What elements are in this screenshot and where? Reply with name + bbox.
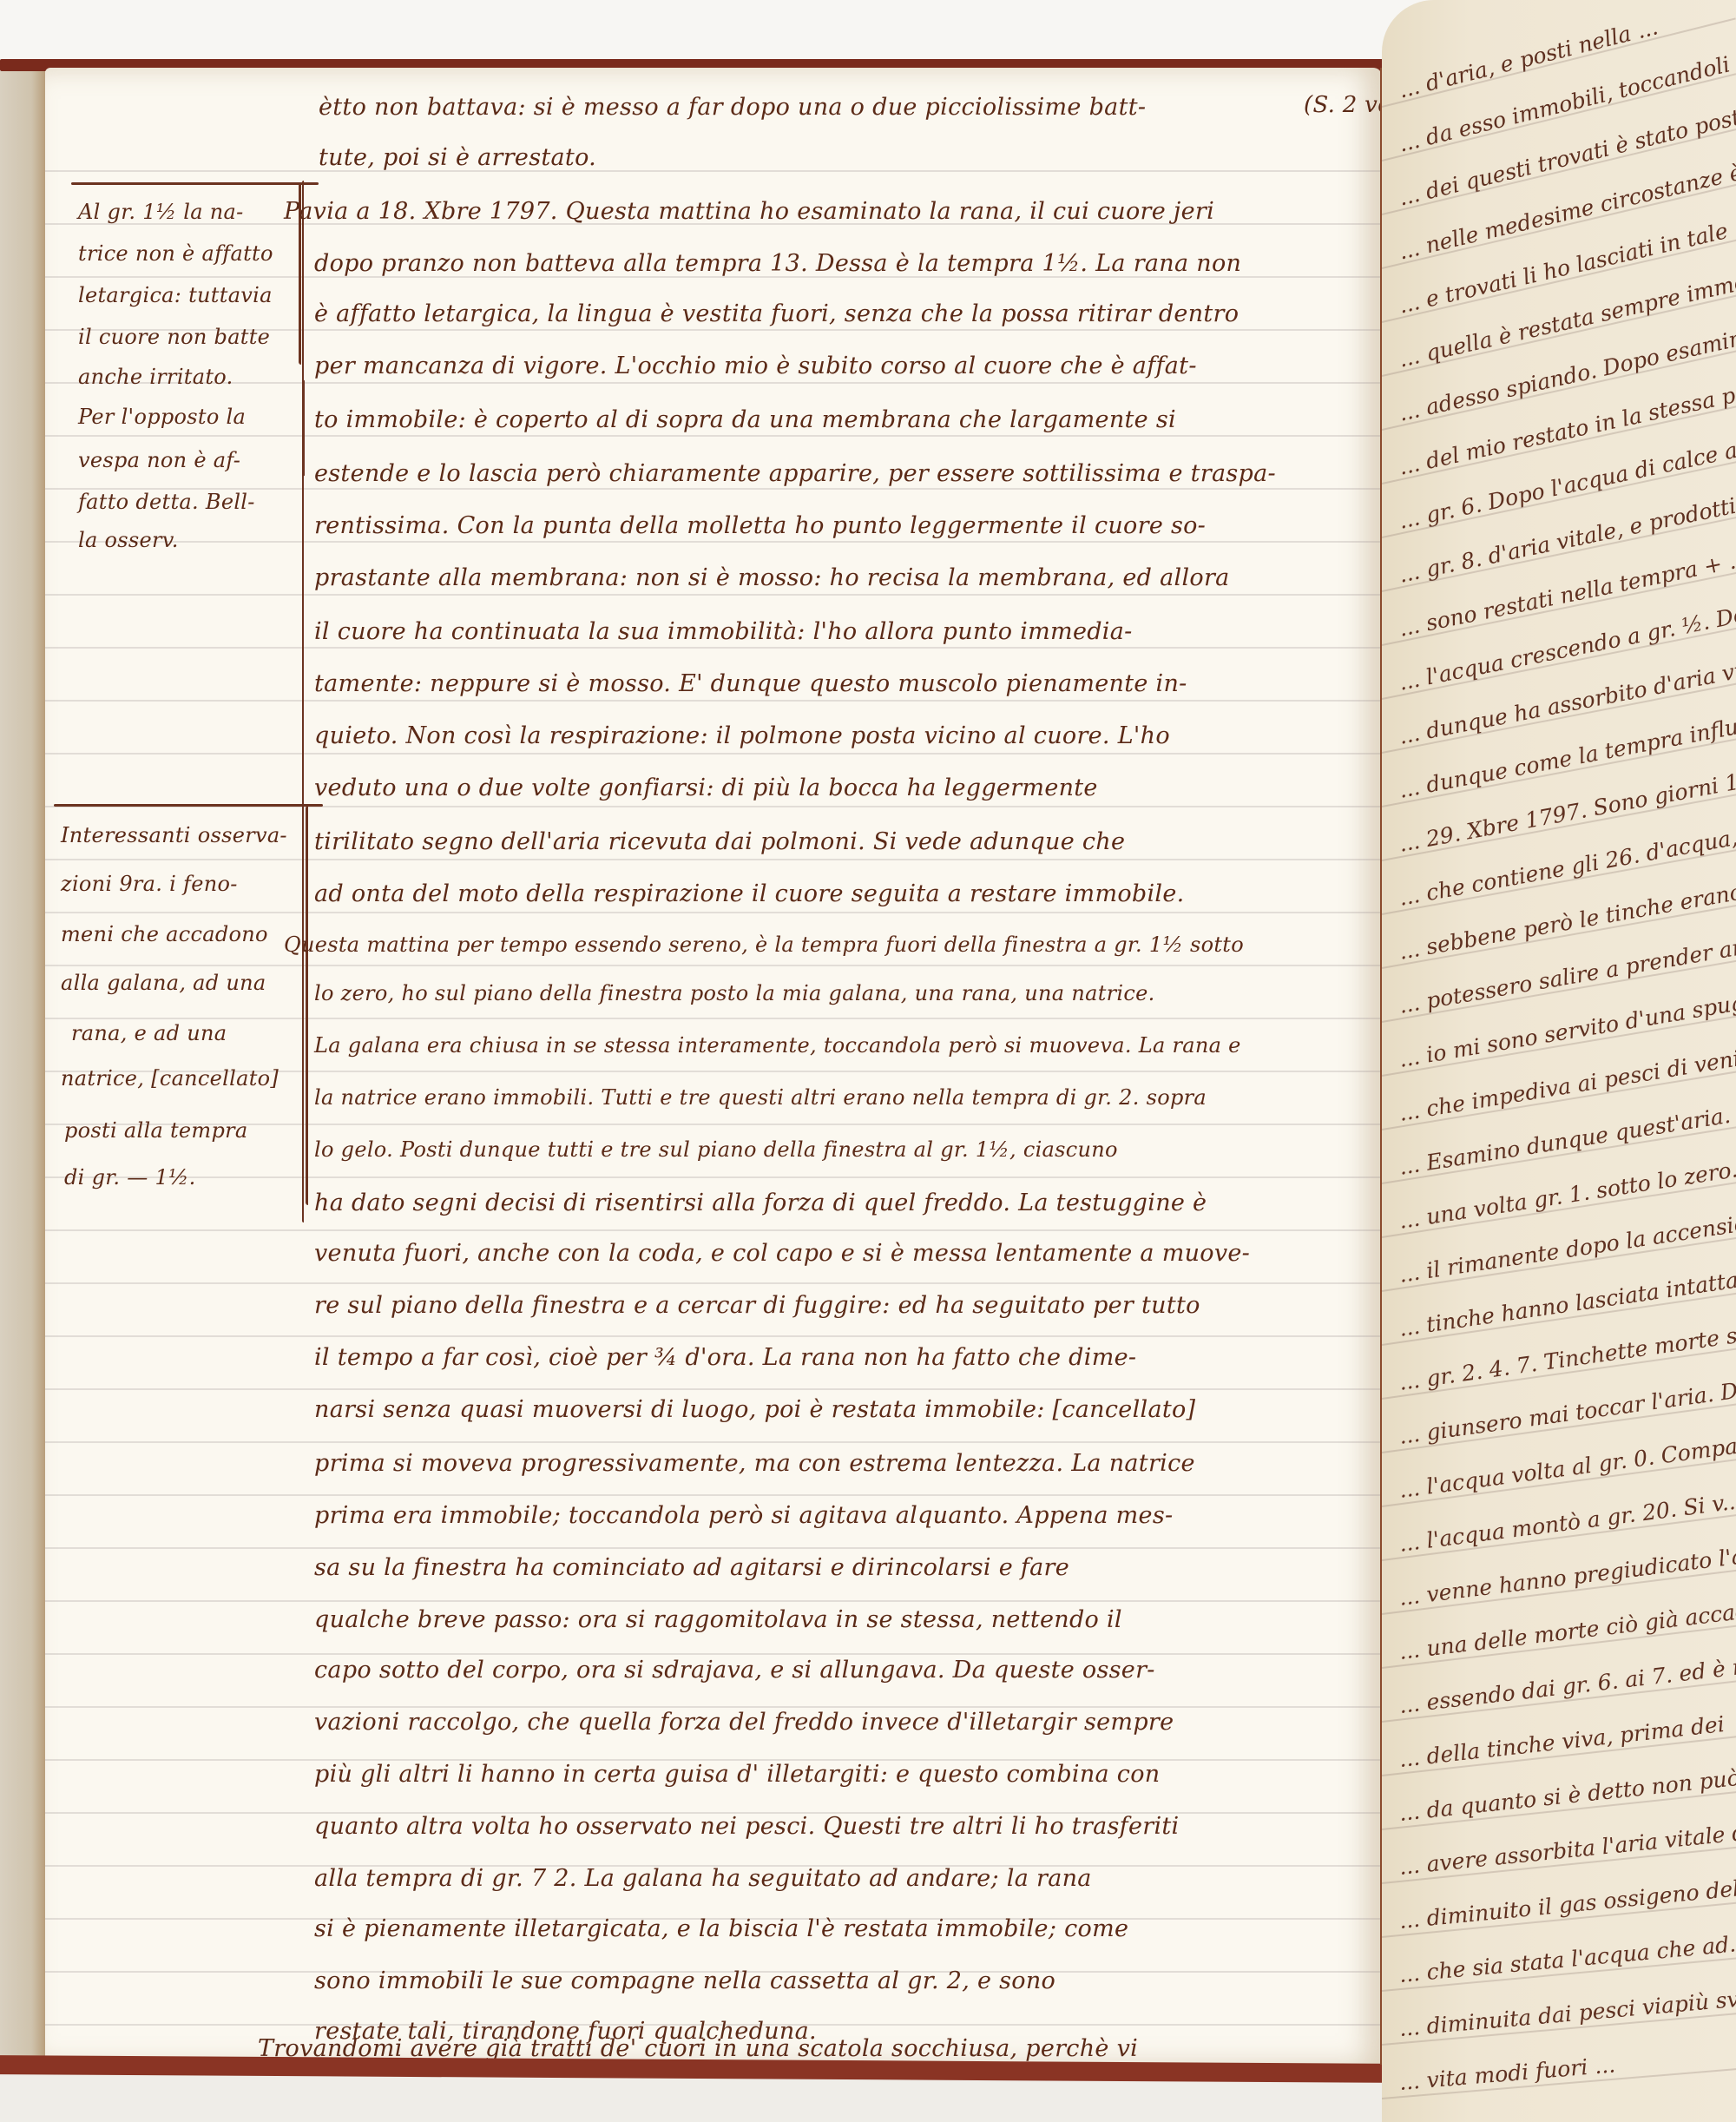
margin-note-divider-2 <box>54 804 323 807</box>
ruling-line <box>45 1335 1382 1337</box>
margin-note-line: Al gr. 1½ la na- <box>78 200 244 224</box>
manuscript-line: veduto una o due volte gonfiarsi: di più… <box>314 774 1098 801</box>
manuscript-line: Questa mattina per tempo essendo sereno,… <box>284 932 1244 957</box>
manuscript-line: prima era immobile; toccandola però si a… <box>314 1502 1173 1529</box>
manuscript-line: qualche breve passo: ora si raggomitolav… <box>314 1606 1122 1633</box>
ruling-line <box>45 1229 1382 1231</box>
ruling-line <box>45 1441 1382 1443</box>
manuscript-line: capo sotto del corpo, ora si sdrajava, e… <box>314 1657 1155 1684</box>
manuscript-line: più gli altri li hanno in certa guisa d'… <box>314 1761 1160 1788</box>
facing-page-line: ... diminuita dai pesci viapiù sviluppat… <box>1398 1976 1736 2041</box>
margin-note-line: zioni 9ra. i feno- <box>61 872 238 896</box>
margin-note-line: anche irritato. <box>78 365 233 389</box>
manuscript-line: sa su la finestra ha cominciato ad agita… <box>314 1554 1069 1581</box>
ruling-line <box>45 965 1382 966</box>
ruling-line <box>45 170 1382 172</box>
ruling-line <box>45 859 1382 860</box>
manuscript-line: per mancanza di vigore. L'occhio mio è s… <box>314 353 1197 379</box>
ruling-line <box>45 1547 1382 1549</box>
ruling-line <box>45 1176 1382 1178</box>
manuscript-line: quieto. Non così la respirazione: il pol… <box>314 722 1170 749</box>
margin-note-line: Interessanti osserva- <box>61 823 287 847</box>
ruling-line <box>45 700 1382 702</box>
margin-note-line: natrice, [cancellato] <box>61 1066 279 1091</box>
ruling-line <box>45 541 1382 543</box>
margin-note-line: vespa non è af- <box>78 448 240 472</box>
margin-note-line: trice non è affatto <box>78 241 273 266</box>
manuscript-line: quanto altra volta ho osservato nei pesc… <box>314 1813 1179 1840</box>
facing-page-line: ... da quanto si è detto non può ... <box>1397 1763 1736 1826</box>
margin-note-line: alla galana, ad una <box>61 971 266 995</box>
ruling-line <box>45 382 1382 384</box>
manuscript-line: dopo pranzo non batteva alla tempra 13. … <box>314 250 1241 277</box>
facing-page-line: ... diminuito il gas ossigeno dell'aria <box>1398 1870 1736 1934</box>
ruling-line <box>45 1282 1382 1284</box>
manuscript-line: è affatto letargica, la lingua è vestita… <box>314 300 1239 327</box>
margin-note-line: rana, e ad una <box>71 1021 227 1045</box>
manuscript-line: alla tempra di gr. 7 2. La galana ha seg… <box>314 1865 1092 1892</box>
margin-note-line: di gr. — 1½. <box>64 1165 196 1190</box>
margin-note-line: posti alla tempra <box>64 1118 248 1143</box>
manuscript-line: ètto non battava: si è messo a far dopo … <box>319 94 1146 121</box>
facing-page: ... d'aria, e posti nella ...... da esso… <box>1382 0 1736 2122</box>
ruling-line <box>45 1388 1382 1390</box>
manuscript-line: La galana era chiusa in se stessa intera… <box>314 1033 1241 1058</box>
margin-bracket-2 <box>306 806 308 1205</box>
ruling-line <box>45 753 1382 755</box>
manuscript-line: il tempo a far così, cioè per ¾ d'ora. L… <box>314 1344 1136 1371</box>
margin-note-line: letargica: tuttavia <box>78 283 273 307</box>
manuscript-line: Pavia a 18. Xbre 1797. Questa mattina ho… <box>284 198 1214 225</box>
ruling-line <box>45 1494 1382 1496</box>
margin-note-line: la osserv. <box>78 528 179 552</box>
manuscript-line: ad onta del moto della respirazione il c… <box>314 880 1185 907</box>
manuscript-line: tirilitato segno dell'aria ricevuta dai … <box>314 828 1125 855</box>
margin-note-line: Per l'opposto la <box>78 405 246 429</box>
ruling-line <box>45 1018 1382 1019</box>
left-page-gutter <box>0 71 45 2059</box>
manuscript-line: tute, poi si è arrestato. <box>319 144 596 171</box>
manuscript-line: prima si moveva progressivamente, ma con… <box>314 1450 1195 1477</box>
body-bracket <box>302 181 304 1222</box>
manuscript-line: to immobile: è coperto al di sopra da un… <box>314 406 1176 433</box>
ruling-line <box>45 912 1382 913</box>
ruling-line <box>45 1706 1382 1708</box>
facing-page-line: ... avere assorbita l'aria vitale della <box>1398 1816 1736 1880</box>
manuscript-line: la natrice erano immobili. Tutti e tre q… <box>314 1085 1207 1110</box>
manuscript-page: (S. 2 vol. Al gr. 1½ la na- trice non è … <box>45 68 1382 2065</box>
manuscript-line: vazioni raccolgo, che quella forza del f… <box>314 1709 1174 1736</box>
facing-page-line: ... che sia stata l'acqua che ad... <box>1398 1930 1736 1987</box>
manuscript-line: lo gelo. Posti dunque tutti e tre sul pi… <box>314 1137 1118 1162</box>
ruling-line <box>45 1653 1382 1655</box>
manuscript-line: estende e lo lascia però chiaramente app… <box>314 460 1276 487</box>
ruling-line <box>45 435 1382 437</box>
manuscript-line: lo zero, ho sul piano della finestra pos… <box>314 981 1155 1005</box>
manuscript-line: narsi senza quasi muoversi di luogo, poi… <box>314 1396 1195 1423</box>
manuscript-line: venuta fuori, anche con la coda, e col c… <box>314 1240 1250 1267</box>
manuscript-line: ha dato segni decisi di risentirsi alla … <box>314 1190 1207 1216</box>
manuscript-line: il cuore ha continuata la sua immobilità… <box>314 618 1133 645</box>
margin-note-line: fatto detta. Bell- <box>78 490 255 514</box>
manuscript-line: tamente: neppure si è mosso. E' dunque q… <box>314 670 1187 697</box>
margin-note-divider-1 <box>71 182 319 185</box>
manuscript-line: re sul piano della finestra e a cercar d… <box>314 1292 1200 1319</box>
ruling-line <box>45 594 1382 596</box>
manuscript-line: rentissima. Con la punta della molletta … <box>314 512 1206 539</box>
ruling-line <box>45 647 1382 649</box>
manuscript-line: prastante alla membrana: non si è mosso:… <box>314 564 1230 591</box>
manuscript-line: si è pienamente illetargicata, e la bisc… <box>314 1915 1128 1942</box>
margin-note-line: il cuore non batte <box>78 325 270 349</box>
manuscript-line: sono immobili le sue compagne nella cass… <box>314 1967 1055 1994</box>
ruling-line <box>45 1600 1382 1602</box>
margin-note-line: meni che accadono <box>61 922 268 946</box>
